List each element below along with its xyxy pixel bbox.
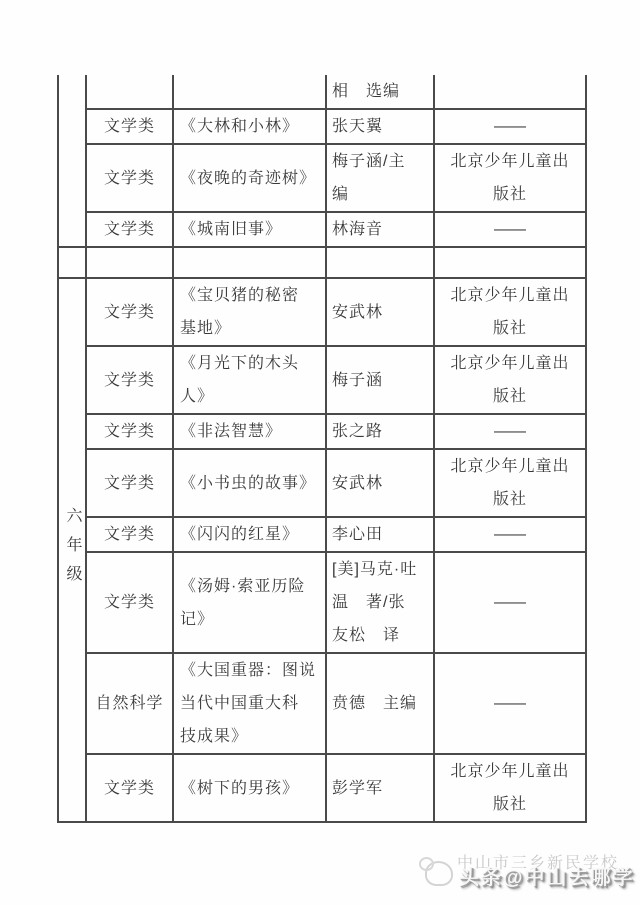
- table-row: 文学类《月光下的木头 人》梅子涵北京少年儿童出 版社: [58, 346, 586, 414]
- empty-cell: [86, 247, 173, 278]
- table-row: 文学类《非法智慧》张之路——: [58, 414, 586, 449]
- publisher-cell: ——: [434, 653, 586, 754]
- publisher-cell: 北京少年儿童出 版社: [434, 449, 586, 517]
- watermark-logo-icon: [425, 861, 453, 886]
- author-cell: 林海音: [326, 212, 434, 247]
- author-cell: 张之路: [326, 414, 434, 449]
- author-cell: 相 选编: [326, 75, 434, 109]
- title-cell: 《城南旧事》: [173, 212, 326, 247]
- empty-cell: [434, 247, 586, 278]
- category-cell: 文学类: [86, 754, 173, 822]
- table-row: 文学类《汤姆·索亚历险 记》[美]马克·吐 温 著/张 友松 译——: [58, 552, 586, 653]
- category-cell: 文学类: [86, 517, 173, 552]
- author-cell: 贲德 主编: [326, 653, 434, 754]
- grade-label: 六年级: [59, 507, 85, 594]
- publisher-cell: ——: [434, 109, 586, 144]
- title-cell: 《夜晚的奇迹树》: [173, 144, 326, 212]
- empty-cell: [326, 247, 434, 278]
- title-cell: 《宝贝猪的秘密 基地》: [173, 278, 326, 346]
- title-cell: 《大林和小林》: [173, 109, 326, 144]
- grade-cell: [58, 75, 86, 247]
- watermark-school-text: 中山市三乡新民学校: [457, 850, 619, 873]
- document-page: 相 选编文学类《大林和小林》张天翼——文学类《夜晚的奇迹树》梅子涵/主 编北京少…: [0, 0, 640, 905]
- table-row: 文学类《大林和小林》张天翼——: [58, 109, 586, 144]
- grade-cell: 六年级: [58, 278, 86, 822]
- empty-cell: [173, 247, 326, 278]
- publisher-cell: 北京少年儿童出 版社: [434, 754, 586, 822]
- category-cell: 文学类: [86, 449, 173, 517]
- category-cell: [86, 75, 173, 109]
- title-cell: 《大国重器：图说 当代中国重大科 技成果》: [173, 653, 326, 754]
- publisher-cell: ——: [434, 414, 586, 449]
- publisher-cell: 北京少年儿童出 版社: [434, 144, 586, 212]
- table-row: 自然科学《大国重器：图说 当代中国重大科 技成果》贲德 主编——: [58, 653, 586, 754]
- table-row: 文学类《小书虫的故事》安武林北京少年儿童出 版社: [58, 449, 586, 517]
- author-cell: 李心田: [326, 517, 434, 552]
- author-cell: 彭学军: [326, 754, 434, 822]
- title-cell: 《小书虫的故事》: [173, 449, 326, 517]
- author-cell: 梅子涵/主 编: [326, 144, 434, 212]
- author-cell: 安武林: [326, 278, 434, 346]
- category-cell: 文学类: [86, 278, 173, 346]
- empty-cell: [58, 247, 86, 278]
- title-cell: 《非法智慧》: [173, 414, 326, 449]
- author-cell: 安武林: [326, 449, 434, 517]
- table-row: 文学类《城南旧事》林海音——: [58, 212, 586, 247]
- watermark: 中山市三乡新民学校 头条@中山去哪学: [413, 843, 640, 901]
- category-cell: 自然科学: [86, 653, 173, 754]
- table-spacer-row: [58, 247, 586, 278]
- category-cell: 文学类: [86, 109, 173, 144]
- category-cell: 文学类: [86, 414, 173, 449]
- category-cell: 文学类: [86, 212, 173, 247]
- title-cell: 《树下的男孩》: [173, 754, 326, 822]
- publisher-cell: ——: [434, 212, 586, 247]
- table-row: 相 选编: [58, 75, 586, 109]
- table-row: 文学类《树下的男孩》彭学军北京少年儿童出 版社: [58, 754, 586, 822]
- table-row: 六年级文学类《宝贝猪的秘密 基地》安武林北京少年儿童出 版社: [58, 278, 586, 346]
- publisher-cell: ——: [434, 552, 586, 653]
- publisher-cell: ——: [434, 517, 586, 552]
- author-cell: 梅子涵: [326, 346, 434, 414]
- author-cell: 张天翼: [326, 109, 434, 144]
- category-cell: 文学类: [86, 552, 173, 653]
- category-cell: 文学类: [86, 346, 173, 414]
- table-row: 文学类《夜晚的奇迹树》梅子涵/主 编北京少年儿童出 版社: [58, 144, 586, 212]
- table-row: 文学类《闪闪的红星》李心田——: [58, 517, 586, 552]
- publisher-cell: 北京少年儿童出 版社: [434, 346, 586, 414]
- title-cell: 《闪闪的红星》: [173, 517, 326, 552]
- watermark-account-text: 头条@中山去哪学: [459, 861, 635, 890]
- author-cell: [美]马克·吐 温 著/张 友松 译: [326, 552, 434, 653]
- title-cell: 《汤姆·索亚历险 记》: [173, 552, 326, 653]
- title-cell: 《月光下的木头 人》: [173, 346, 326, 414]
- category-cell: 文学类: [86, 144, 173, 212]
- reading-list-table: 相 选编文学类《大林和小林》张天翼——文学类《夜晚的奇迹树》梅子涵/主 编北京少…: [57, 75, 587, 823]
- title-cell: [173, 75, 326, 109]
- publisher-cell: 北京少年儿童出 版社: [434, 278, 586, 346]
- publisher-cell: [434, 75, 586, 109]
